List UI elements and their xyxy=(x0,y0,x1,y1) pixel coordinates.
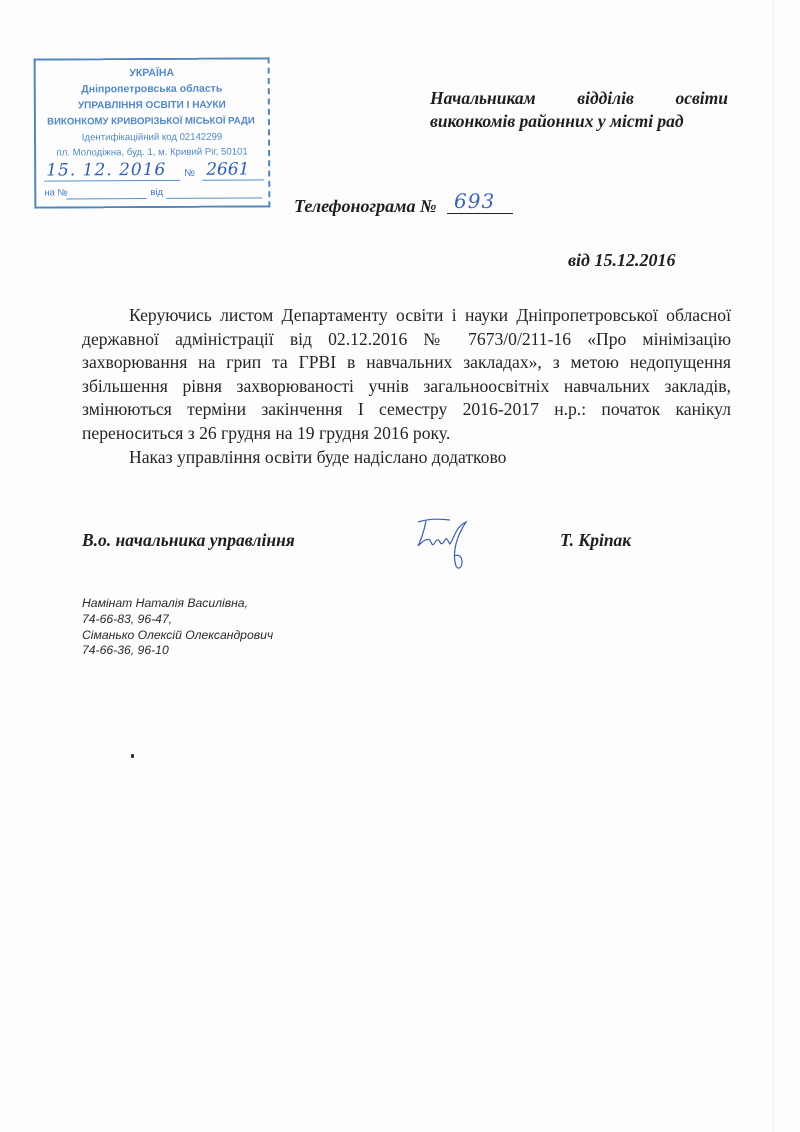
stamp-handwritten-number: 2661 xyxy=(206,161,249,178)
document-page: УКРАЇНА Дніпропетровська область УПРАВЛІ… xyxy=(0,0,800,1132)
signatory-name: Т. Кріпак xyxy=(560,530,631,551)
document-body: Керуючись листом Департаменту освіти і н… xyxy=(82,304,731,469)
contact-line: Сіманько Олексій Олександрович xyxy=(82,628,273,644)
signatory-position: В.о. начальника управління xyxy=(82,530,295,551)
stamp-reference-label: на № xyxy=(44,187,67,198)
body-paragraph: Наказ управління освіти буде надіслано д… xyxy=(82,446,731,470)
addressee-line-2: виконкомів районних у місті рад xyxy=(430,110,728,133)
contacts: Намінат Наталія Василівна, 74-66-83, 96-… xyxy=(82,596,273,659)
stamp-region: Дніпропетровська область xyxy=(36,83,268,95)
stamp-reference-underline xyxy=(66,198,146,199)
stamp-registration-row: 15. 12. 2016 № 2661 xyxy=(44,159,266,182)
addressee-line-1: Начальникам відділів освіти xyxy=(430,87,728,110)
addressee-word: відділів xyxy=(577,87,634,110)
stamp-date-underline xyxy=(44,180,180,182)
stamp-from-label: від xyxy=(150,187,163,198)
stamp-handwritten-date: 15. 12. 2016 xyxy=(46,162,166,180)
stamp-number-underline xyxy=(202,179,264,180)
document-date: від 15.12.2016 xyxy=(568,250,675,271)
addressee-word: Начальникам xyxy=(430,87,536,110)
handwritten-signature-icon xyxy=(410,514,480,574)
telegram-number-field: 693 xyxy=(447,187,513,214)
scan-speck xyxy=(131,754,134,758)
telegram-handwritten-number: 693 xyxy=(454,189,495,213)
stamp-reference-row: на № від xyxy=(44,186,266,203)
stamp-department: УПРАВЛІННЯ ОСВІТИ І НАУКИ xyxy=(36,100,268,111)
contact-line: 74-66-36, 96-10 xyxy=(82,643,273,659)
stamp-from-underline xyxy=(166,197,262,199)
document-title: Телефонограма № xyxy=(294,196,437,217)
contact-line: 74-66-83, 96-47, xyxy=(82,612,273,628)
stamp-council: ВИКОНКОМУ КРИВОРІЗЬКОЇ МІСЬКОЇ РАДИ xyxy=(34,116,268,127)
scan-artifact-line xyxy=(773,0,774,1132)
body-paragraph: Керуючись листом Департаменту освіти і н… xyxy=(82,304,731,446)
stamp-number-label: № xyxy=(184,168,195,179)
addressee-word: освіти xyxy=(675,87,728,110)
official-stamp: УКРАЇНА Дніпропетровська область УПРАВЛІ… xyxy=(34,57,271,208)
stamp-country: УКРАЇНА xyxy=(36,67,268,79)
stamp-address: пл. Молодіжна, буд. 1, м. Кривий Ріг, 50… xyxy=(36,147,268,158)
addressee: Начальникам відділів освіти виконкомів р… xyxy=(430,87,728,133)
stamp-id-code: Ідентифікаційний код 02142299 xyxy=(36,132,268,143)
contact-line: Намінат Наталія Василівна, xyxy=(82,596,273,612)
